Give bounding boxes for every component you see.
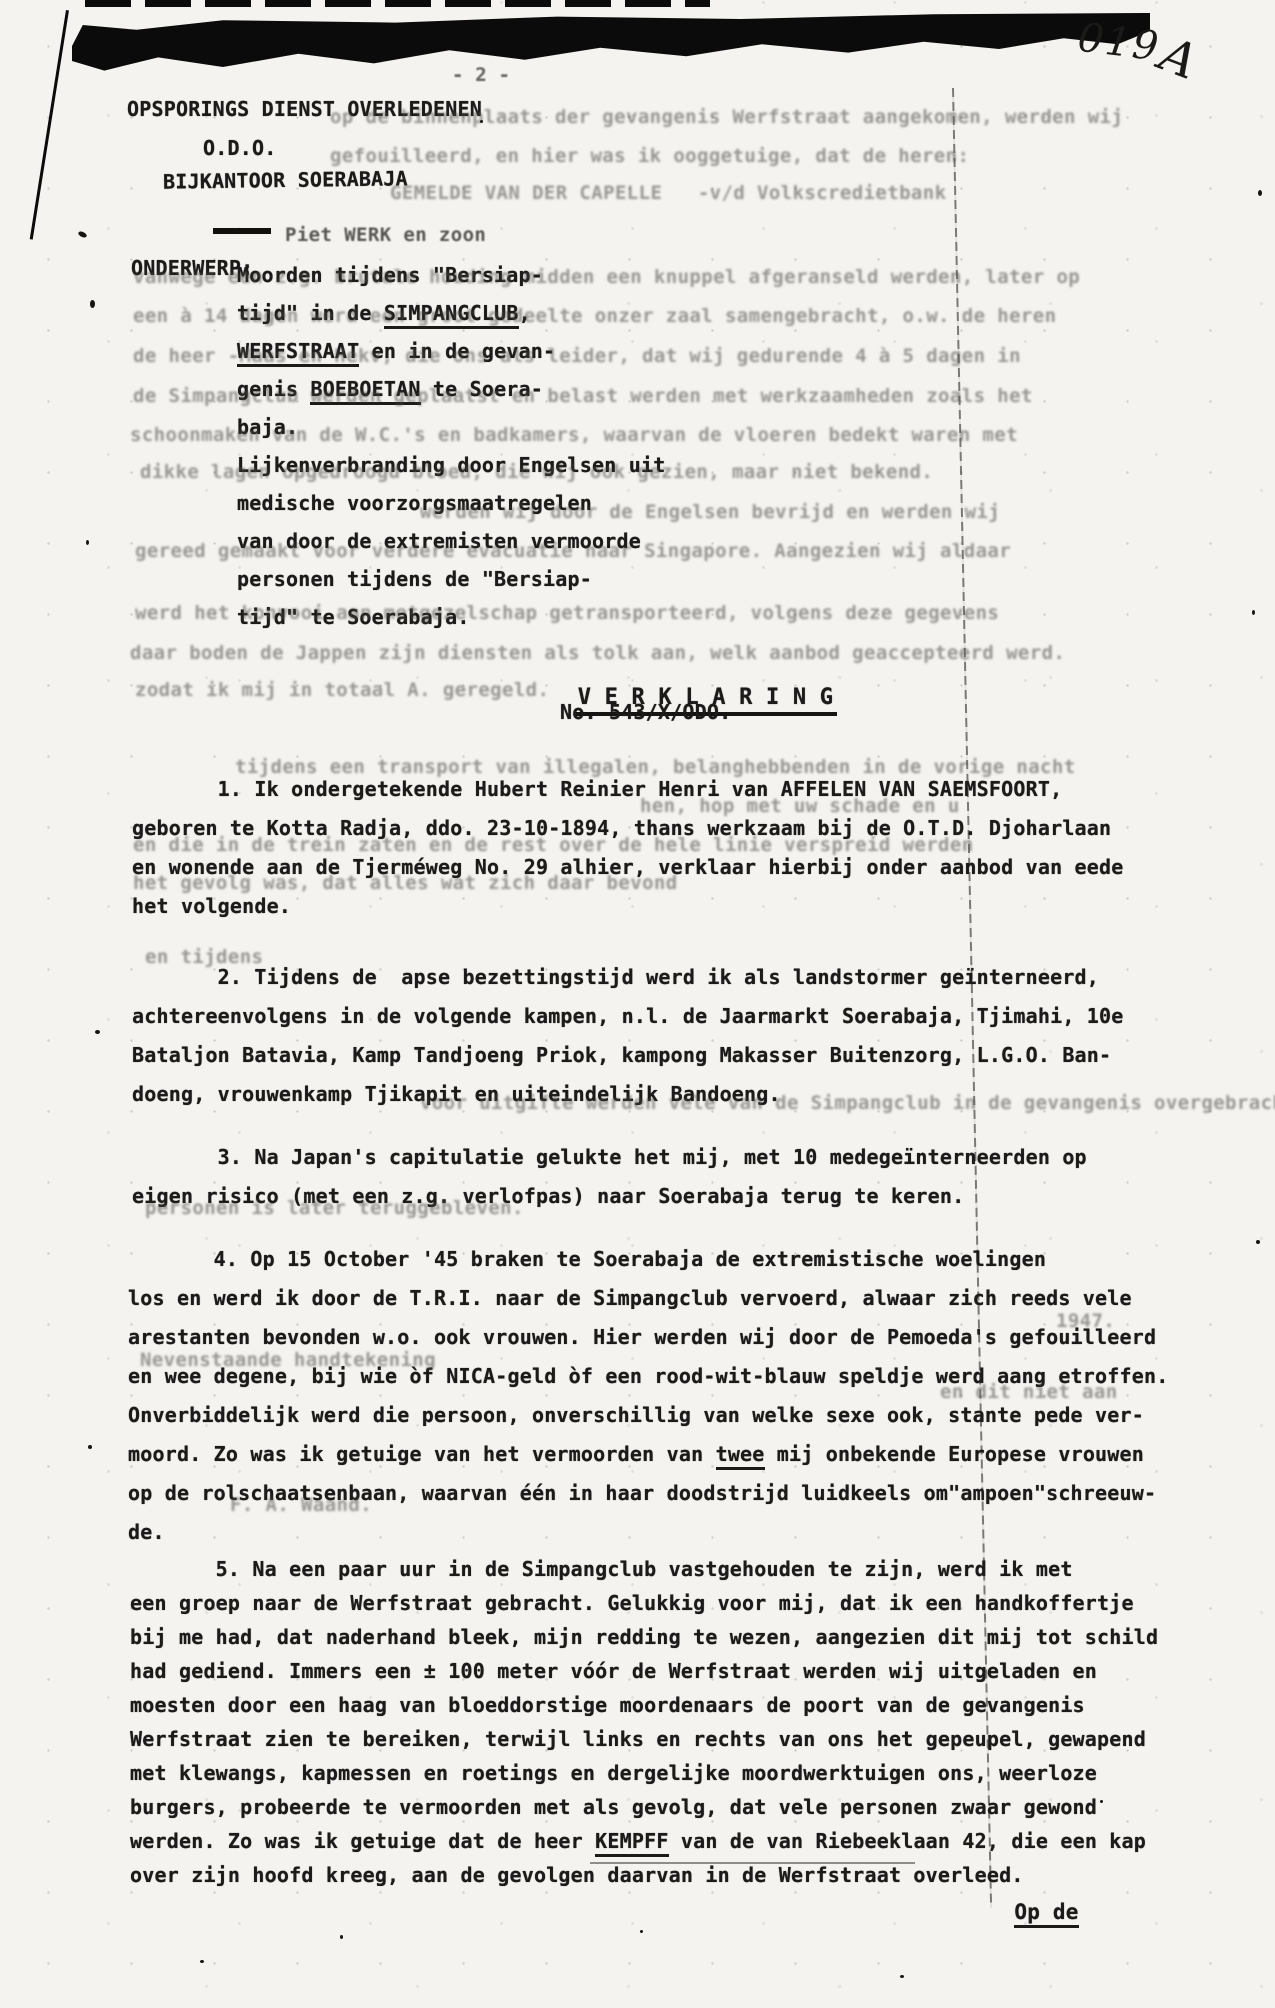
text-line: 2. Tijdens de apse bezettingstijd werd i… [132,958,1124,997]
bleed-through-text-line: daar boden de Jappen zijn diensten als t… [130,642,1065,664]
bleed-through-text-line: en tijdens [145,946,263,968]
text-segment: los en werd ik door de T.R.I. naar de Si… [128,1286,1132,1310]
text-segment: de. [128,1520,165,1544]
text-segment: een groep naar de Werfstraat gebracht. G… [130,1591,1134,1615]
scan-edge-band [72,13,1150,73]
ink-speck [90,300,95,308]
text-line: 4. Op 15 October '45 braken te Soerabaja… [128,1240,1169,1279]
underlined-text: KEMPFF [595,1829,668,1857]
text-segment: burgers, probeerde te vermoorden met als… [130,1795,1097,1819]
scan-edge-diagonal [30,10,69,240]
text-line: bij me had, dat naderhand bleek, mijn re… [130,1620,1158,1654]
letterhead-divider-line [213,228,271,234]
text-segment: Bataljon Batavia, Kamp Tandjoeng Priok, … [132,1043,1111,1067]
scan-edge-top-line [85,0,710,7]
text-line: had gediend. Immers een ± 100 meter vóór… [130,1654,1158,1688]
text-segment: achtereenvolgens in de volgende kampen, … [132,1004,1124,1028]
text-segment: arestanten bevonden w.o. ook vrouwen. Hi… [128,1325,1156,1349]
text-segment: Werfstraat zien te bereiken, terwijl lin… [130,1727,1146,1751]
text-segment: 4. Op 15 October '45 braken te Soerabaja… [128,1247,1046,1271]
bleed-through-text-line: zodat ik mij in totaal A. geregeld. [135,679,549,701]
text-segment: het volgende. [132,894,291,918]
ink-speck [95,1030,100,1034]
bleed-through-text-line: een à 14 dagen werd een groot gedeelte o… [133,305,1056,327]
text-line: met klewangs, kapmessen en roetings en d… [130,1756,1158,1790]
corner-mark-digits: 019 [1075,15,1162,71]
bleed-through-text-line: en die in de trein zaten en de rest over… [133,834,974,856]
handwritten-corner-mark: 019A [1075,7,1204,78]
ink-speck [1252,610,1255,615]
text-line: moord. Zo was ik getuige van het vermoor… [128,1435,1169,1474]
ink-speck [340,1935,343,1939]
bleed-through-text-line: tijdens een transport van illegalen, bel… [235,756,1076,778]
text-line: de. [128,1513,1169,1552]
text-segment: met klewangs, kapmessen en roetings en d… [130,1761,1097,1785]
text-segment: personen tijdens de "Bersiap- [237,567,592,591]
text-line: Bataljon Batavia, Kamp Tandjoeng Priok, … [132,1036,1124,1075]
ink-speck [200,1960,204,1963]
bleed-through-text-line: GEMELDE VAN DER CAPELLE -v/d Volkscredie… [390,182,946,204]
bleed-through-text-line: Nevenstaande handtekening [140,1349,436,1371]
catchword-text: Op de [1014,1900,1078,1928]
bleed-through-text-line: personen is later teruggebleven. [145,1197,524,1219]
bleed-through-text-line: de Simpangclub werden geplaatst en belas… [133,385,1033,407]
scanned-document-page: 019A - 2 - OPSPORINGS DIENST OVERLEDENEN… [0,0,1275,2008]
ink-speck [88,1445,92,1449]
page-number: - 2 - [452,64,510,86]
text-segment: van de van Riebeeklaan 42, die een kap [669,1829,1146,1853]
bleed-through-text-line: werden wij door de Engelsen bevrijd en w… [420,501,1000,523]
text-segment: over zijn hoofd kreeg, aan de gevolgen d… [130,1863,1024,1887]
bleed-through-text-line: op de binnenplaats der gevangenis Werfst… [330,106,1123,128]
text-segment: werden. Zo was ik getuige dat de heer [130,1829,595,1853]
bleed-through-text-line: voor uitgifte werden vele van de Simpang… [420,1092,1275,1114]
bleed-through-text-line: dikke lagen opgedroogd bloed, die wij oo… [140,461,933,483]
ink-speck [900,1975,904,1978]
bleed-through-text-line: het gevolg was, dat alles wat zich daar … [133,872,678,894]
bleed-through-text-line: en dit niet aan [940,1381,1118,1403]
text-line: een groep naar de Werfstraat gebracht. G… [130,1586,1158,1620]
ink-speck [480,120,483,123]
text-line: werden. Zo was ik getuige dat de heer KE… [130,1824,1158,1858]
text-line: moesten door een haag van bloeddorstige … [130,1688,1158,1722]
bleed-through-text-line: F. A. Waand. [230,1494,372,1516]
text-segment: had gediend. Immers een ± 100 meter vóór… [130,1659,1097,1683]
letterhead-branch-office: BIJKANTOOR SOERABAJA [163,166,408,193]
paragraph-5: 5. Na een paar uur in de Simpangclub vas… [130,1552,1158,1892]
text-segment: moord. Zo was ik getuige van het vermoor… [128,1442,716,1466]
text-segment: 3. Na Japan's capitulatie gelukte het mi… [132,1145,1087,1169]
text-segment: mij onbekende Europese vrouwen [765,1442,1144,1466]
bleed-through-text-line: Piet WERK en zoon [285,224,486,246]
text-line: burgers, probeerde te vermoorden met als… [130,1790,1158,1824]
bleed-through-text-line: gereed gemaakt voor verdere evacuatie na… [135,540,1011,562]
text-segment: 5. Na een paar uur in de Simpangclub vas… [130,1557,1073,1581]
text-line: achtereenvolgens in de volgende kampen, … [132,997,1124,1036]
bleed-through-text-line: werd het konvooi aan metgezelschap getra… [135,602,999,624]
text-line: 5. Na een paar uur in de Simpangclub vas… [130,1552,1158,1586]
text-line: Werfstraat zien te bereiken, terwijl lin… [130,1722,1158,1756]
text-segment: bij me had, dat naderhand bleek, mijn re… [130,1625,1158,1649]
bleed-through-text-line: vanwege een z.g. brutale houding midden … [133,266,1080,288]
paragraph-2: 2. Tijdens de apse bezettingstijd werd i… [132,958,1124,1114]
ink-speck [77,230,87,238]
ink-speck [1258,190,1262,196]
ink-speck [1100,1800,1103,1803]
bleed-through-text-line: 1947. [1056,1310,1115,1332]
text-line: personen tijdens de "Bersiap- [237,560,665,598]
bleed-through-text-line: de heer -Maas en Hekv, die ons als leide… [133,345,1021,367]
text-line: los en werd ik door de T.R.I. naar de Si… [128,1279,1169,1318]
bleed-through-text-line: gefouilleerd, en hier was ik ooggetuige,… [330,145,969,167]
text-segment: Onverbiddelijk werd die persoon, onversc… [128,1403,1144,1427]
declaration-number: No. 543/X/ODO. [560,700,731,724]
ink-speck [86,540,89,545]
bleed-through-text-line: hen, hop met uw schade en u [640,795,960,817]
bleed-through-text-line: schoonmaken van de W.C.'s en badkamers, … [130,424,1018,446]
ink-speck [1256,1240,1260,1244]
underlined-text: twee [716,1442,765,1470]
letterhead-abbreviation: O.D.O. [203,136,276,160]
text-line: 3. Na Japan's capitulatie gelukte het mi… [132,1138,1087,1177]
text-segment: 2. Tijdens de apse bezettingstijd werd i… [132,965,1099,989]
text-segment: moesten door een haag van bloeddorstige … [130,1693,1085,1717]
catchword: Op de [963,1876,1079,1948]
ink-speck [640,1930,643,1933]
